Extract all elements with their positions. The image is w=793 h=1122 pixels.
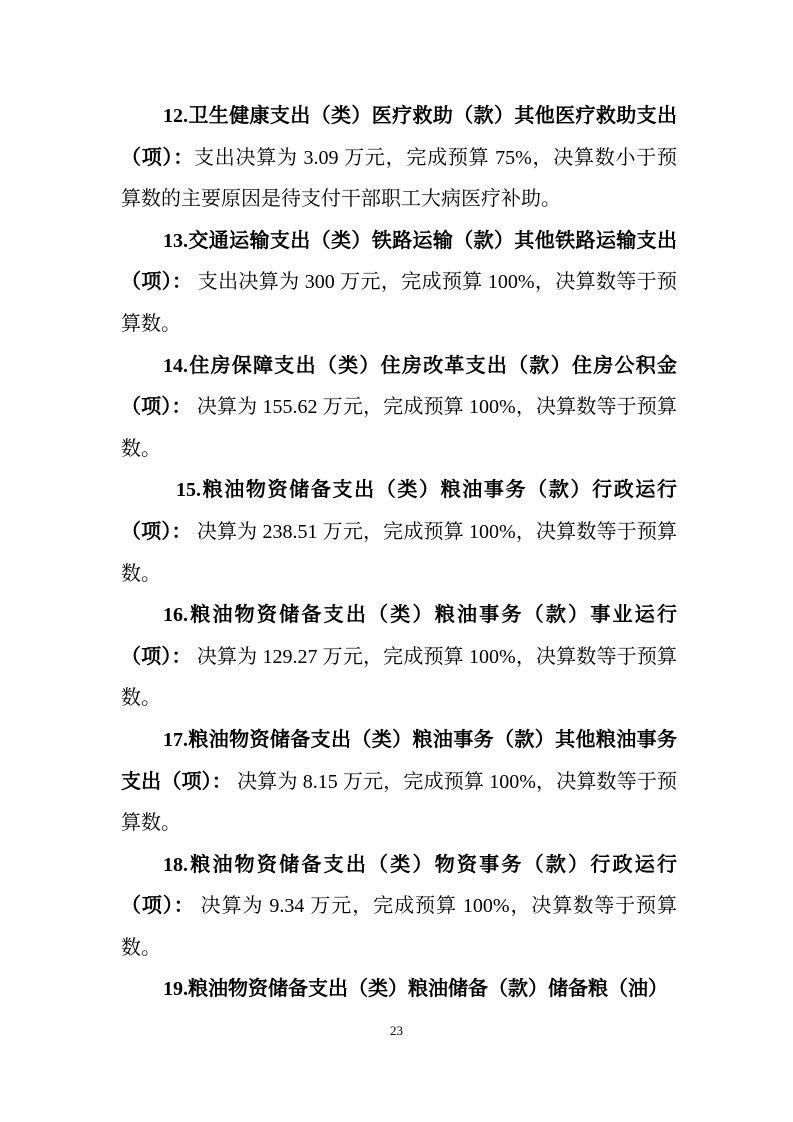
paragraph-19: 19.粮油物资储备支出（类）粮油储备（款）储备粮（油）: [121, 969, 677, 1011]
paragraph-12-body: 支出决算为 3.09 万元，完成预算 75%，决算数小于预算数的主要原因是待支付…: [121, 147, 677, 211]
paragraph-15: 15.粮油物资储备支出（类）粮油事务（款）行政运行（项）： 决算为 238.51…: [121, 470, 677, 595]
paragraph-18-body: 决算为 9.34 万元，完成预算 100%，决算数等于预算数。: [121, 895, 677, 959]
paragraph-13: 13.交通运输支出（类）铁路运输（款）其他铁路运输支出（项）： 支出决算为 30…: [121, 221, 677, 346]
paragraph-12: 12.卫生健康支出（类）医疗救助（款）其他医疗救助支出（项）：支出决算为 3.0…: [121, 96, 677, 221]
page-footer: 23: [0, 1022, 793, 1040]
page-number: 23: [390, 1023, 403, 1038]
document-body: 12.卫生健康支出（类）医疗救助（款）其他医疗救助支出（项）：支出决算为 3.0…: [121, 96, 677, 1011]
paragraph-17: 17.粮油物资储备支出（类）粮油事务（款）其他粮油事务支出（项）： 决算为 8.…: [121, 720, 677, 845]
paragraph-14-body: 决算为 155.62 万元，完成预算 100%，决算数等于预算数。: [121, 396, 677, 460]
document-page: 12.卫生健康支出（类）医疗救助（款）其他医疗救助支出（项）：支出决算为 3.0…: [0, 0, 793, 1122]
paragraph-13-body: 支出决算为 300 万元，完成预算 100%，决算数等于预算数。: [121, 271, 677, 335]
paragraph-15-body: 决算为 238.51 万元，完成预算 100%，决算数等于预算数。: [121, 521, 677, 585]
paragraph-16-body: 决算为 129.27 万元，完成预算 100%，决算数等于预算数。: [121, 646, 677, 710]
paragraph-18: 18.粮油物资储备支出（类）物资事务（款）行政运行（项）： 决算为 9.34 万…: [121, 845, 677, 970]
paragraph-16: 16.粮油物资储备支出（类）粮油事务（款）事业运行（项）： 决算为 129.27…: [121, 595, 677, 720]
paragraph-19-heading: 19.粮油物资储备支出（类）粮油储备（款）储备粮（油）: [163, 978, 668, 1000]
paragraph-14: 14.住房保障支出（类）住房改革支出（款）住房公积金（项）： 决算为 155.6…: [121, 346, 677, 471]
